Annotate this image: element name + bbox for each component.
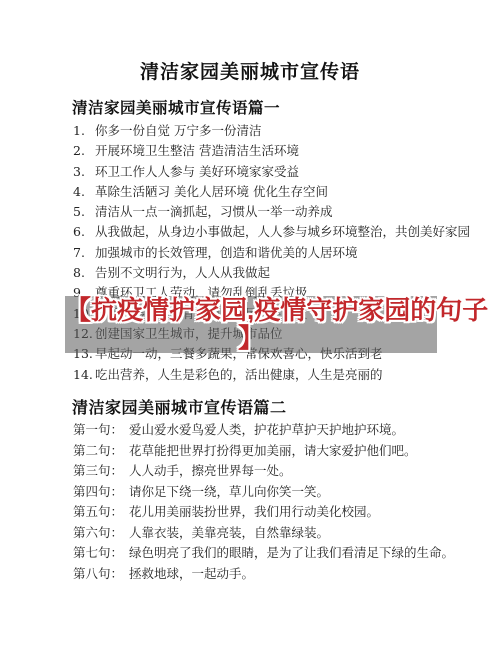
item-label: 第六句： [73, 525, 125, 540]
item-text: 从我做起，从身边小事做起，人人参与城乡环境整治，共创美好家园 [95, 224, 470, 239]
list-item: 1. 你多一份自觉 万宁多一份清洁 [0, 121, 500, 141]
list-item: 第三句： 人人动手，擦亮世界每一处。 [0, 461, 500, 482]
item-number: 4. [73, 182, 95, 202]
item-text: 开展环境卫生整洁 营造清洁生活环境 [95, 143, 299, 158]
list-item: 5. 清洁从一点一滴抓起，习惯从一举一动养成 [0, 202, 500, 222]
item-text: 爱山爱水爱鸟爱人类，护花护草护天护地护环境。 [129, 422, 404, 437]
item-text: 拯救地球，一起动手。 [129, 566, 254, 581]
item-text: 你多一份自觉 万宁多一份清洁 [95, 123, 261, 138]
list-item: 7. 加强城市的长效管理，创造和谐优美的人居环境 [0, 243, 500, 263]
item-number: 6. [73, 222, 95, 242]
list-item: 8. 告别不文明行为，人人从我做起 [0, 263, 500, 283]
section-1-heading: 清洁家园美丽城市宣传语篇一 [72, 96, 280, 118]
item-text: 加强城市的长效管理，创造和谐优美的人居环境 [95, 245, 358, 260]
item-text: 告别不文明行为，人人从我做起 [95, 265, 270, 280]
item-label: 第一句： [73, 422, 125, 437]
item-text: 花儿用美丽装扮世界，我们用行动美化校园。 [129, 504, 379, 519]
item-number: 14. [73, 365, 95, 385]
item-number: 5. [73, 202, 95, 222]
watermark-overlay: 【抗疫情护家园,疫情守护家园的句子 】 [65, 296, 437, 353]
item-label: 第七句： [73, 545, 125, 560]
item-text: 革除生活陋习 美化人居环境 优化生存空间 [95, 184, 328, 199]
item-number: 3. [73, 162, 95, 182]
list-item: 14. 吃出营养，人生是彩色的，活出健康，人生是亮丽的 [0, 365, 500, 385]
list-item: 第七句： 绿色明亮了我们的眼睛，是为了让我们看清足下绿的生命。 [0, 543, 500, 564]
list-item: 第五句： 花儿用美丽装扮世界，我们用行动美化校园。 [0, 502, 500, 523]
section-2-heading: 清洁家园美丽城市宣传语篇二 [72, 395, 287, 418]
item-number: 8. [73, 263, 95, 283]
item-label: 第五句： [73, 504, 125, 519]
list-item: 2. 开展环境卫生整洁 营造清洁生活环境 [0, 141, 500, 161]
item-label: 第八句： [73, 566, 125, 581]
list-item: 第二句： 花草能把世界打扮得更加美丽，请大家爱护他们吧。 [0, 441, 500, 462]
item-text: 人人动手，擦亮世界每一处。 [129, 463, 292, 478]
section-2-list: 第一句： 爱山爱水爱鸟爱人类，护花护草护天护地护环境。 第二句： 花草能把世界打… [0, 420, 500, 584]
item-text: 花草能把世界打扮得更加美丽，请大家爱护他们吧。 [129, 443, 417, 458]
item-number: 7. [73, 243, 95, 263]
item-label: 第四句： [73, 484, 125, 499]
item-label: 第三句： [73, 463, 125, 478]
page-title: 清洁家园美丽城市宣传语 [0, 57, 500, 84]
list-item: 6. 从我做起，从身边小事做起，人人参与城乡环境整治，共创美好家园 [0, 222, 500, 242]
item-label: 第二句： [73, 443, 125, 458]
list-item: 第六句： 人靠衣装，美靠亮装，自然靠绿装。 [0, 523, 500, 544]
list-item: 3. 环卫工作人人参与 美好环境家家受益 [0, 162, 500, 182]
list-item: 第八句： 拯救地球，一起动手。 [0, 564, 500, 585]
watermark-text-line2: 】 [65, 325, 437, 351]
item-text: 吃出营养，人生是彩色的，活出健康，人生是亮丽的 [95, 367, 383, 382]
item-text: 清洁从一点一滴抓起，习惯从一举一动养成 [95, 204, 333, 219]
list-item: 第一句： 爱山爱水爱鸟爱人类，护花护草护天护地护环境。 [0, 420, 500, 441]
list-item: 4. 革除生活陋习 美化人居环境 优化生存空间 [0, 182, 500, 202]
item-text: 请你足下绕一绕，草儿向你笑一笑。 [129, 484, 329, 499]
item-number: 2. [73, 141, 95, 161]
item-text: 人靠衣装，美靠亮装，自然靠绿装。 [129, 525, 329, 540]
document-page: 清洁家园美丽城市宣传语 清洁家园美丽城市宣传语篇一 1. 你多一份自觉 万宁多一… [0, 0, 500, 647]
item-text: 环卫工作人人参与 美好环境家家受益 [95, 164, 299, 179]
watermark-text-line1: 【抗疫情护家园,疫情守护家园的句子 [65, 296, 437, 325]
list-item: 第四句： 请你足下绕一绕，草儿向你笑一笑。 [0, 482, 500, 503]
item-text: 绿色明亮了我们的眼睛，是为了让我们看清足下绿的生命。 [129, 545, 454, 560]
item-number: 1. [73, 121, 95, 141]
